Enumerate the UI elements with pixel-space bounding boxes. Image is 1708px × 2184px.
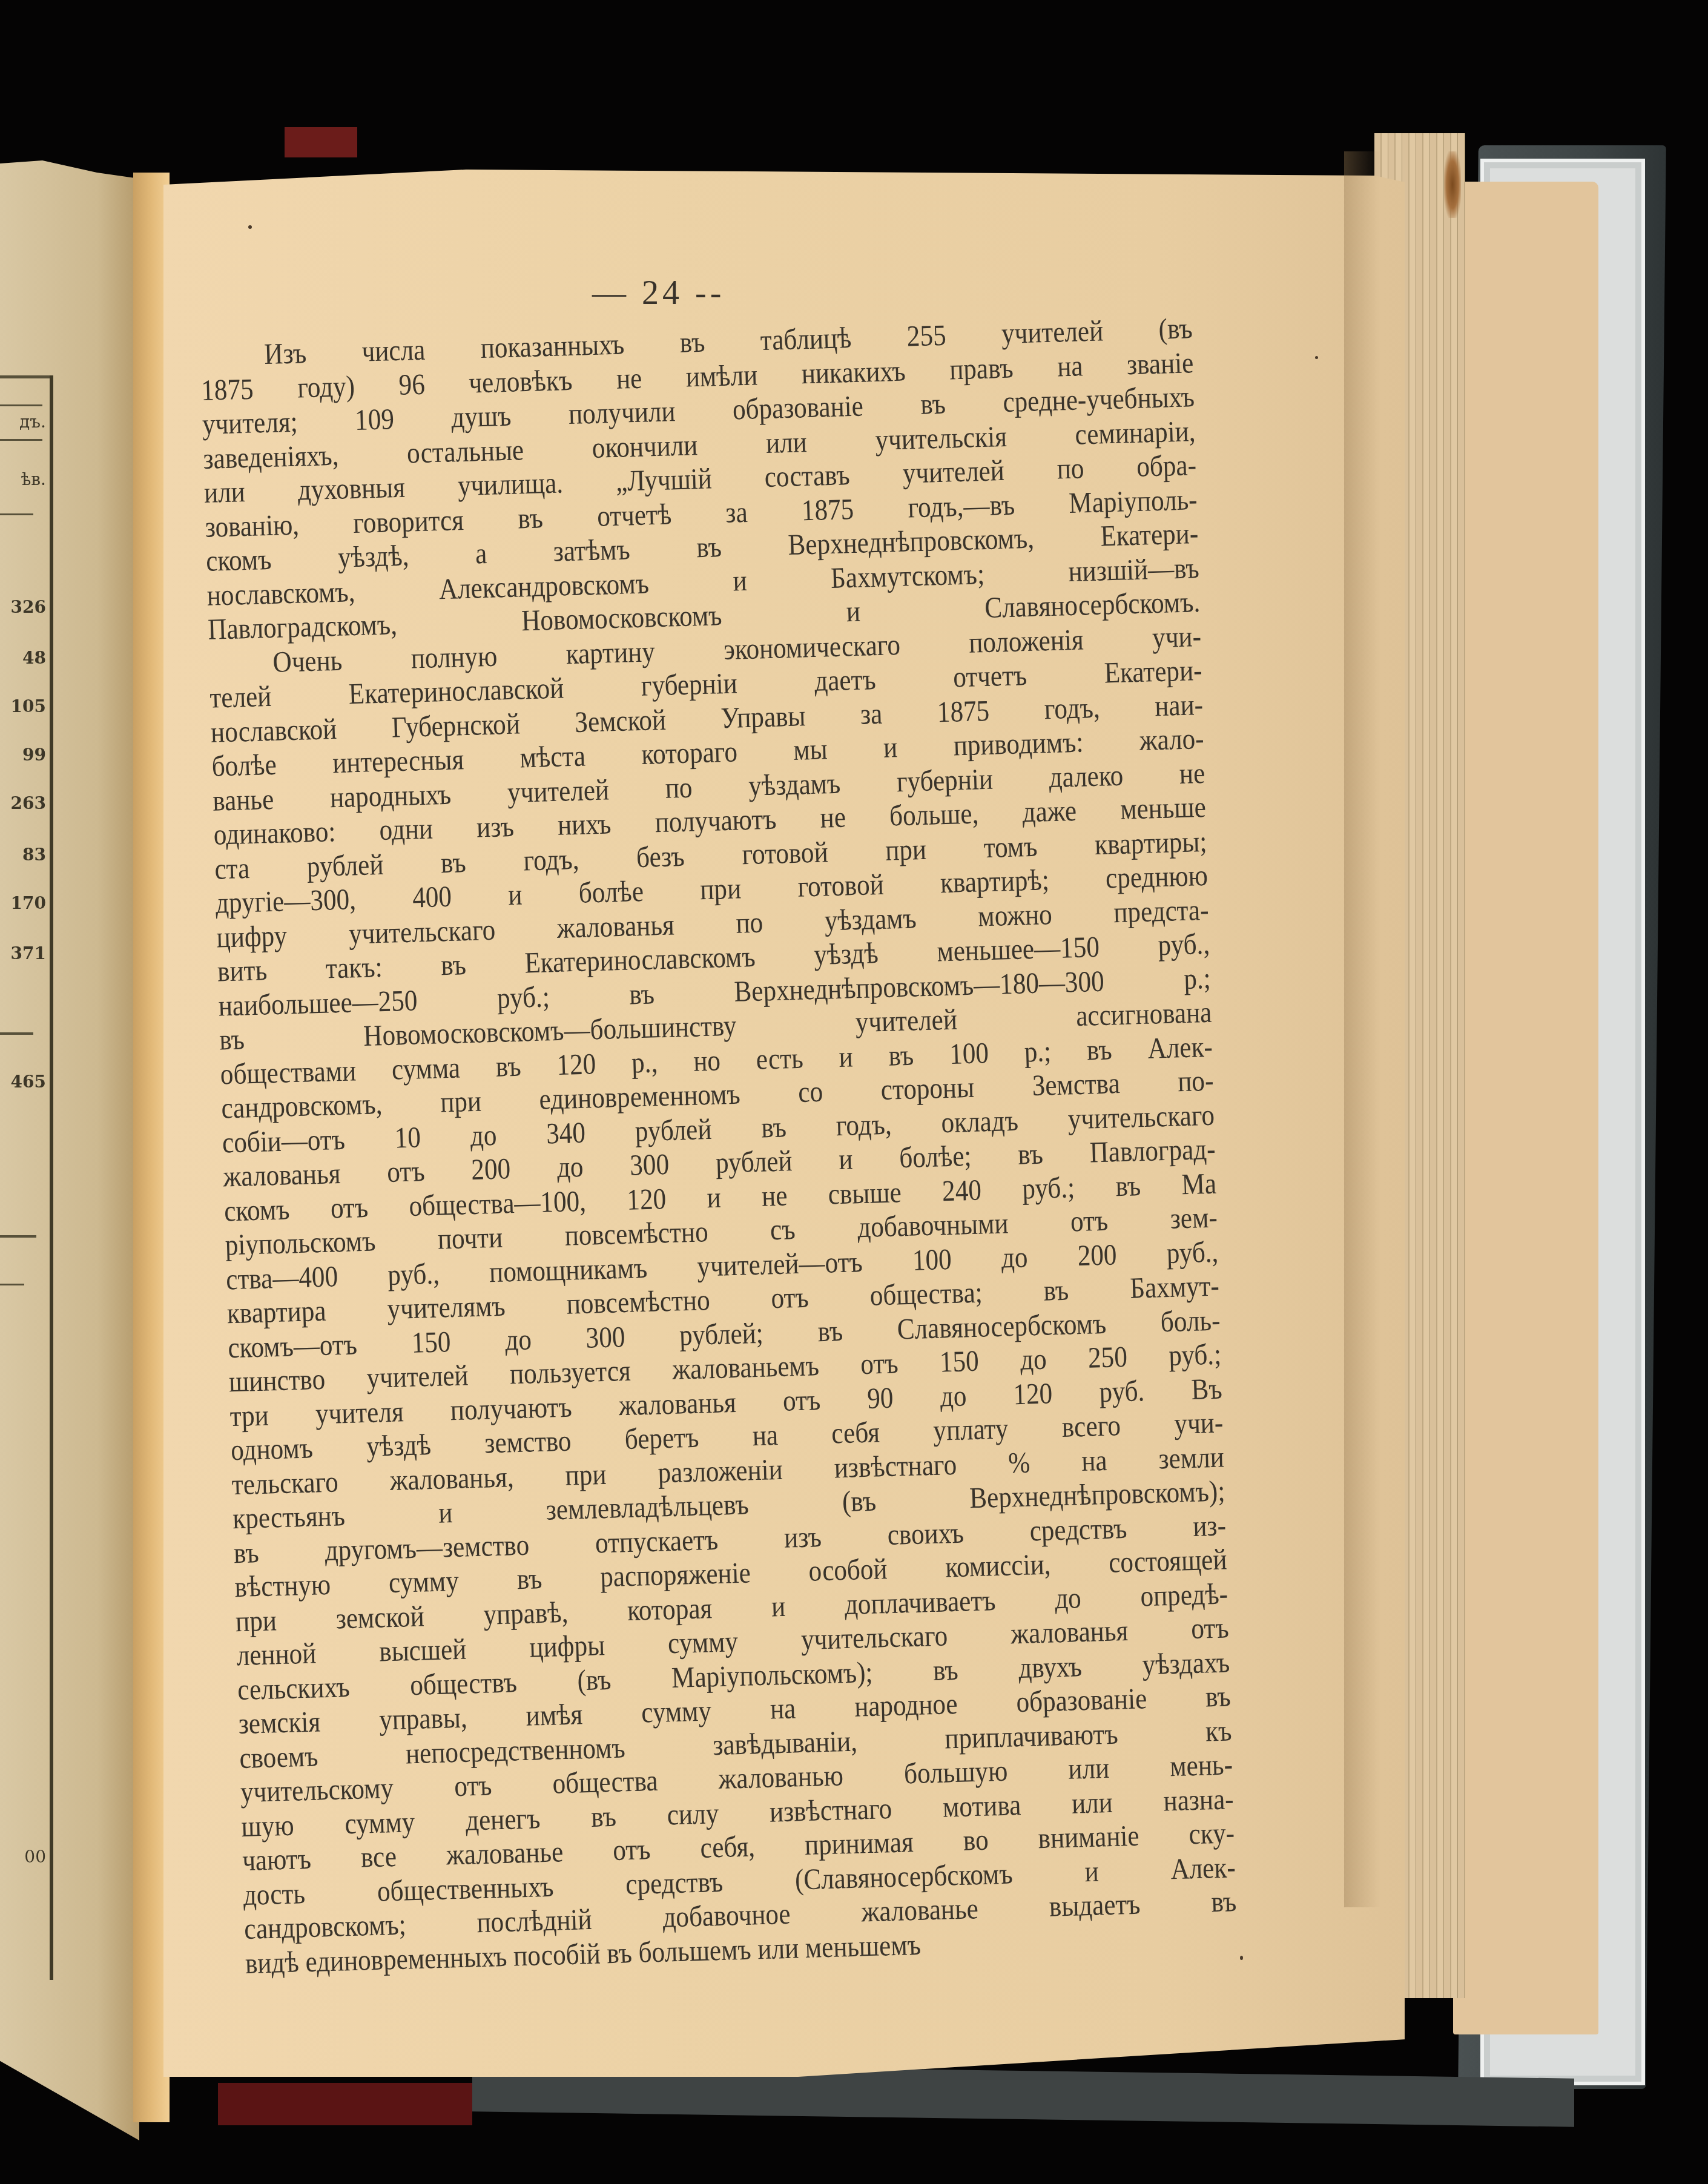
body-text: Изъ числа показанныхъ въ таблицѣ 255 учи…	[200, 311, 1238, 1981]
page-fold-shadow	[1344, 151, 1380, 1907]
page-number: — 24 --	[592, 274, 725, 312]
paper-speck	[1240, 1956, 1243, 1960]
table-cell: 263	[11, 793, 46, 813]
table-rule	[0, 1284, 24, 1285]
page-stain	[1444, 151, 1461, 218]
red-spine-bottom	[218, 2083, 472, 2125]
table-cell: 465	[11, 1072, 46, 1092]
table-rule	[0, 1032, 33, 1035]
table-rule	[0, 1235, 36, 1238]
red-spine-top	[285, 127, 357, 157]
table-cell: 48	[22, 648, 46, 668]
table-rule	[0, 375, 50, 378]
table-cell: 83	[22, 845, 46, 865]
table-cell: 371	[11, 943, 46, 963]
table-header: дъ.	[19, 412, 46, 432]
inserted-sheet	[1453, 182, 1598, 2034]
table-header: ѣв.	[21, 469, 46, 489]
left-page-table: дъ. ѣв. 326 48 105 99 263 83 170 371 465…	[0, 375, 53, 1980]
table-cell: 105	[11, 696, 46, 716]
table-cell: 326	[11, 597, 46, 617]
table-cell: 170	[11, 893, 46, 913]
table-rule	[0, 404, 42, 406]
table-cell: 00	[24, 1847, 46, 1867]
table-rule	[0, 439, 42, 441]
paper-speck	[248, 225, 252, 229]
paper-speck	[1315, 356, 1318, 359]
table-cell: 99	[22, 745, 46, 765]
table-rule	[0, 513, 33, 515]
